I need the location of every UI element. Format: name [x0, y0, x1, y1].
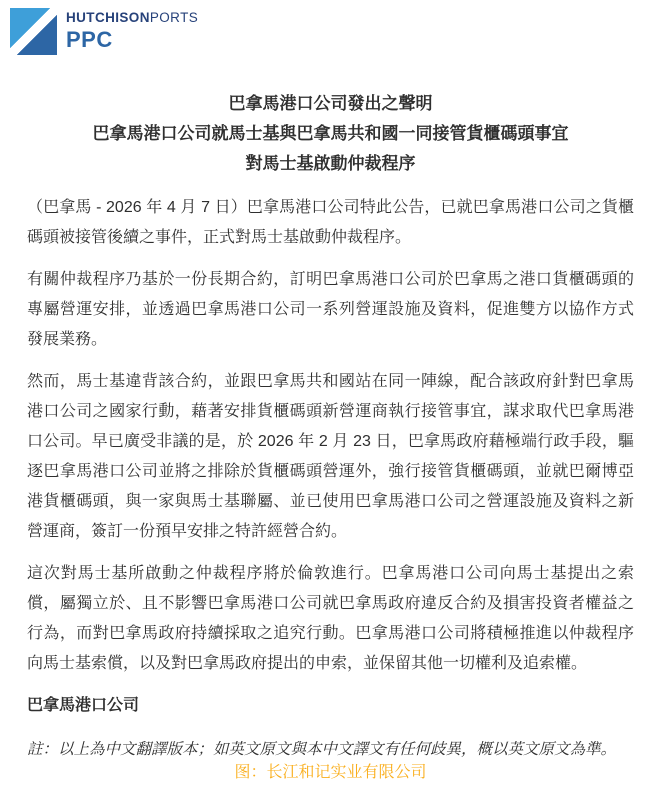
title-line-3: 對馬士基啟動仲裁程序: [27, 149, 634, 179]
signature-company-name: 巴拿馬港口公司: [27, 691, 634, 721]
title-line-1: 巴拿馬港口公司發出之聲明: [27, 89, 634, 119]
paragraph-arbitration-details: 這次對馬士基所啟動之仲裁程序將於倫敦進行。巴拿馬港口公司向馬士基提出之索償，屬獨…: [27, 559, 634, 679]
paragraph-dateline: （巴拿馬 - 2026 年 4 月 7 日）巴拿馬港口公司特此公告，已就巴拿馬港…: [27, 193, 634, 253]
title-line-2: 巴拿馬港口公司就馬士基與巴拿馬共和國一同接管貨櫃碼頭事宜: [27, 119, 634, 149]
paragraph-allegations: 然而，馬士基違背該合約，並跟巴拿馬共和國站在同一陣線，配合該政府針對巴拿馬港口公…: [27, 367, 634, 547]
document-title: 巴拿馬港口公司發出之聲明 巴拿馬港口公司就馬士基與巴拿馬共和國一同接管貨櫃碼頭事…: [27, 89, 634, 179]
logo-wordmark: HUTCHISONPORTS PPC: [66, 8, 198, 51]
image-caption: 图：长江和记实业有限公司: [27, 762, 634, 784]
translation-note: 註：以上為中文翻譯版本；如英文原文與本中文譯文有任何歧異，概以英文原文為準。: [27, 738, 634, 762]
brand-hutchison: HUTCHISON: [66, 10, 150, 25]
brand-name: HUTCHISONPORTS: [66, 11, 198, 25]
hutchison-ports-logo-icon: [10, 8, 57, 55]
brand-ports: PORTS: [150, 10, 198, 25]
document-body: （巴拿馬 - 2026 年 4 月 7 日）巴拿馬港口公司特此公告，已就巴拿馬港…: [27, 193, 634, 679]
press-release-page: HUTCHISONPORTS PPC 巴拿馬港口公司發出之聲明 巴拿馬港口公司就…: [0, 0, 661, 808]
brand-ppc: PPC: [66, 29, 198, 51]
hutchison-ports-ppc-logo: HUTCHISONPORTS PPC: [10, 8, 661, 55]
paragraph-contract-basis: 有關仲裁程序乃基於一份長期合約，訂明巴拿馬港口公司於巴拿馬之港口貨櫃碼頭的專屬營…: [27, 265, 634, 355]
